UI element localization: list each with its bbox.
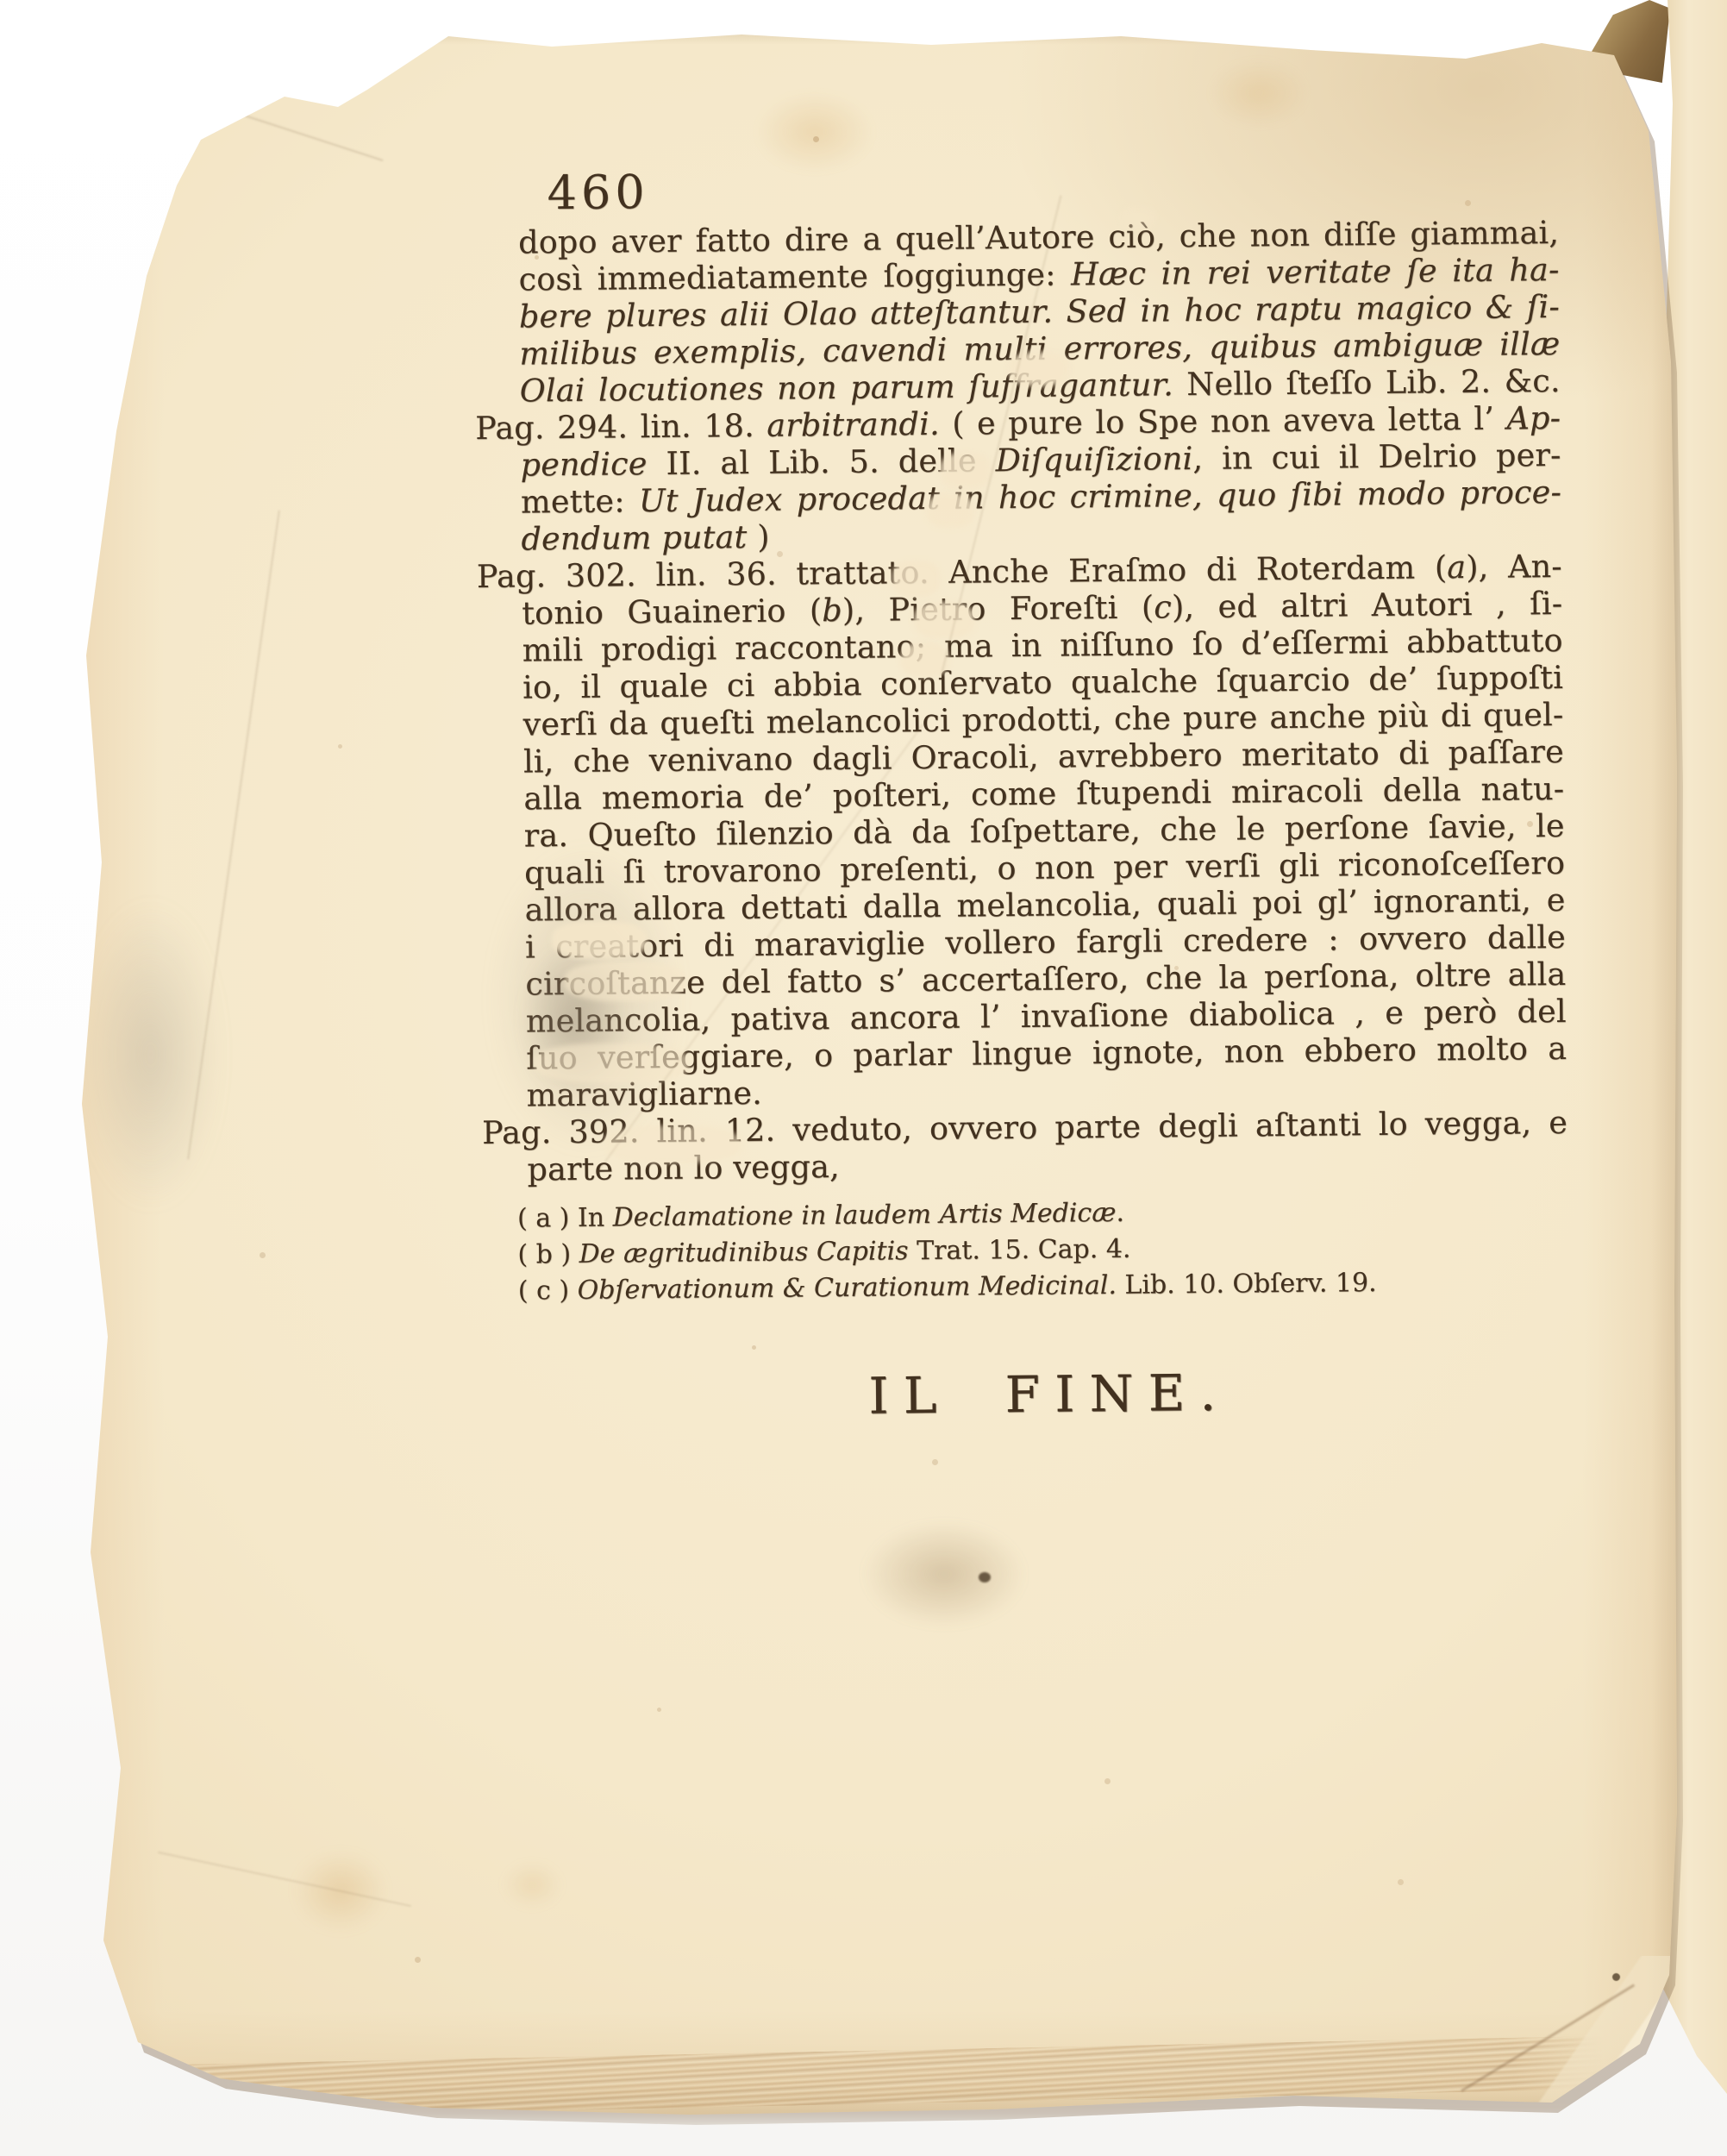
body-text: dopo aver fatto dire a quell’Autore ciò,… — [473, 214, 1568, 1188]
page-leaf: 460 dopo aver fatto dire a quell’Autore … — [52, 24, 1677, 2115]
footnotes: ( a ) In Declamatione in laudem Artis Me… — [483, 1191, 1569, 1310]
stain — [491, 1852, 573, 1917]
stain — [828, 1499, 1061, 1650]
printed-text-block: 460 dopo aver fatto dire a quell’Autore … — [472, 128, 1570, 1429]
foxing-speckles — [52, 24, 56, 28]
stain — [276, 1835, 405, 1947]
stain — [1190, 46, 1328, 141]
finis-label: IL FINE. — [529, 1360, 1571, 1429]
crease — [186, 96, 384, 161]
smudge — [60, 852, 241, 1257]
page-number: 460 — [547, 159, 1559, 218]
stain — [979, 1572, 991, 1583]
crease — [187, 511, 280, 1160]
book-photo: 460 dopo aver fatto dire a quell’Autore … — [0, 0, 1727, 2156]
crease — [158, 1852, 411, 1907]
